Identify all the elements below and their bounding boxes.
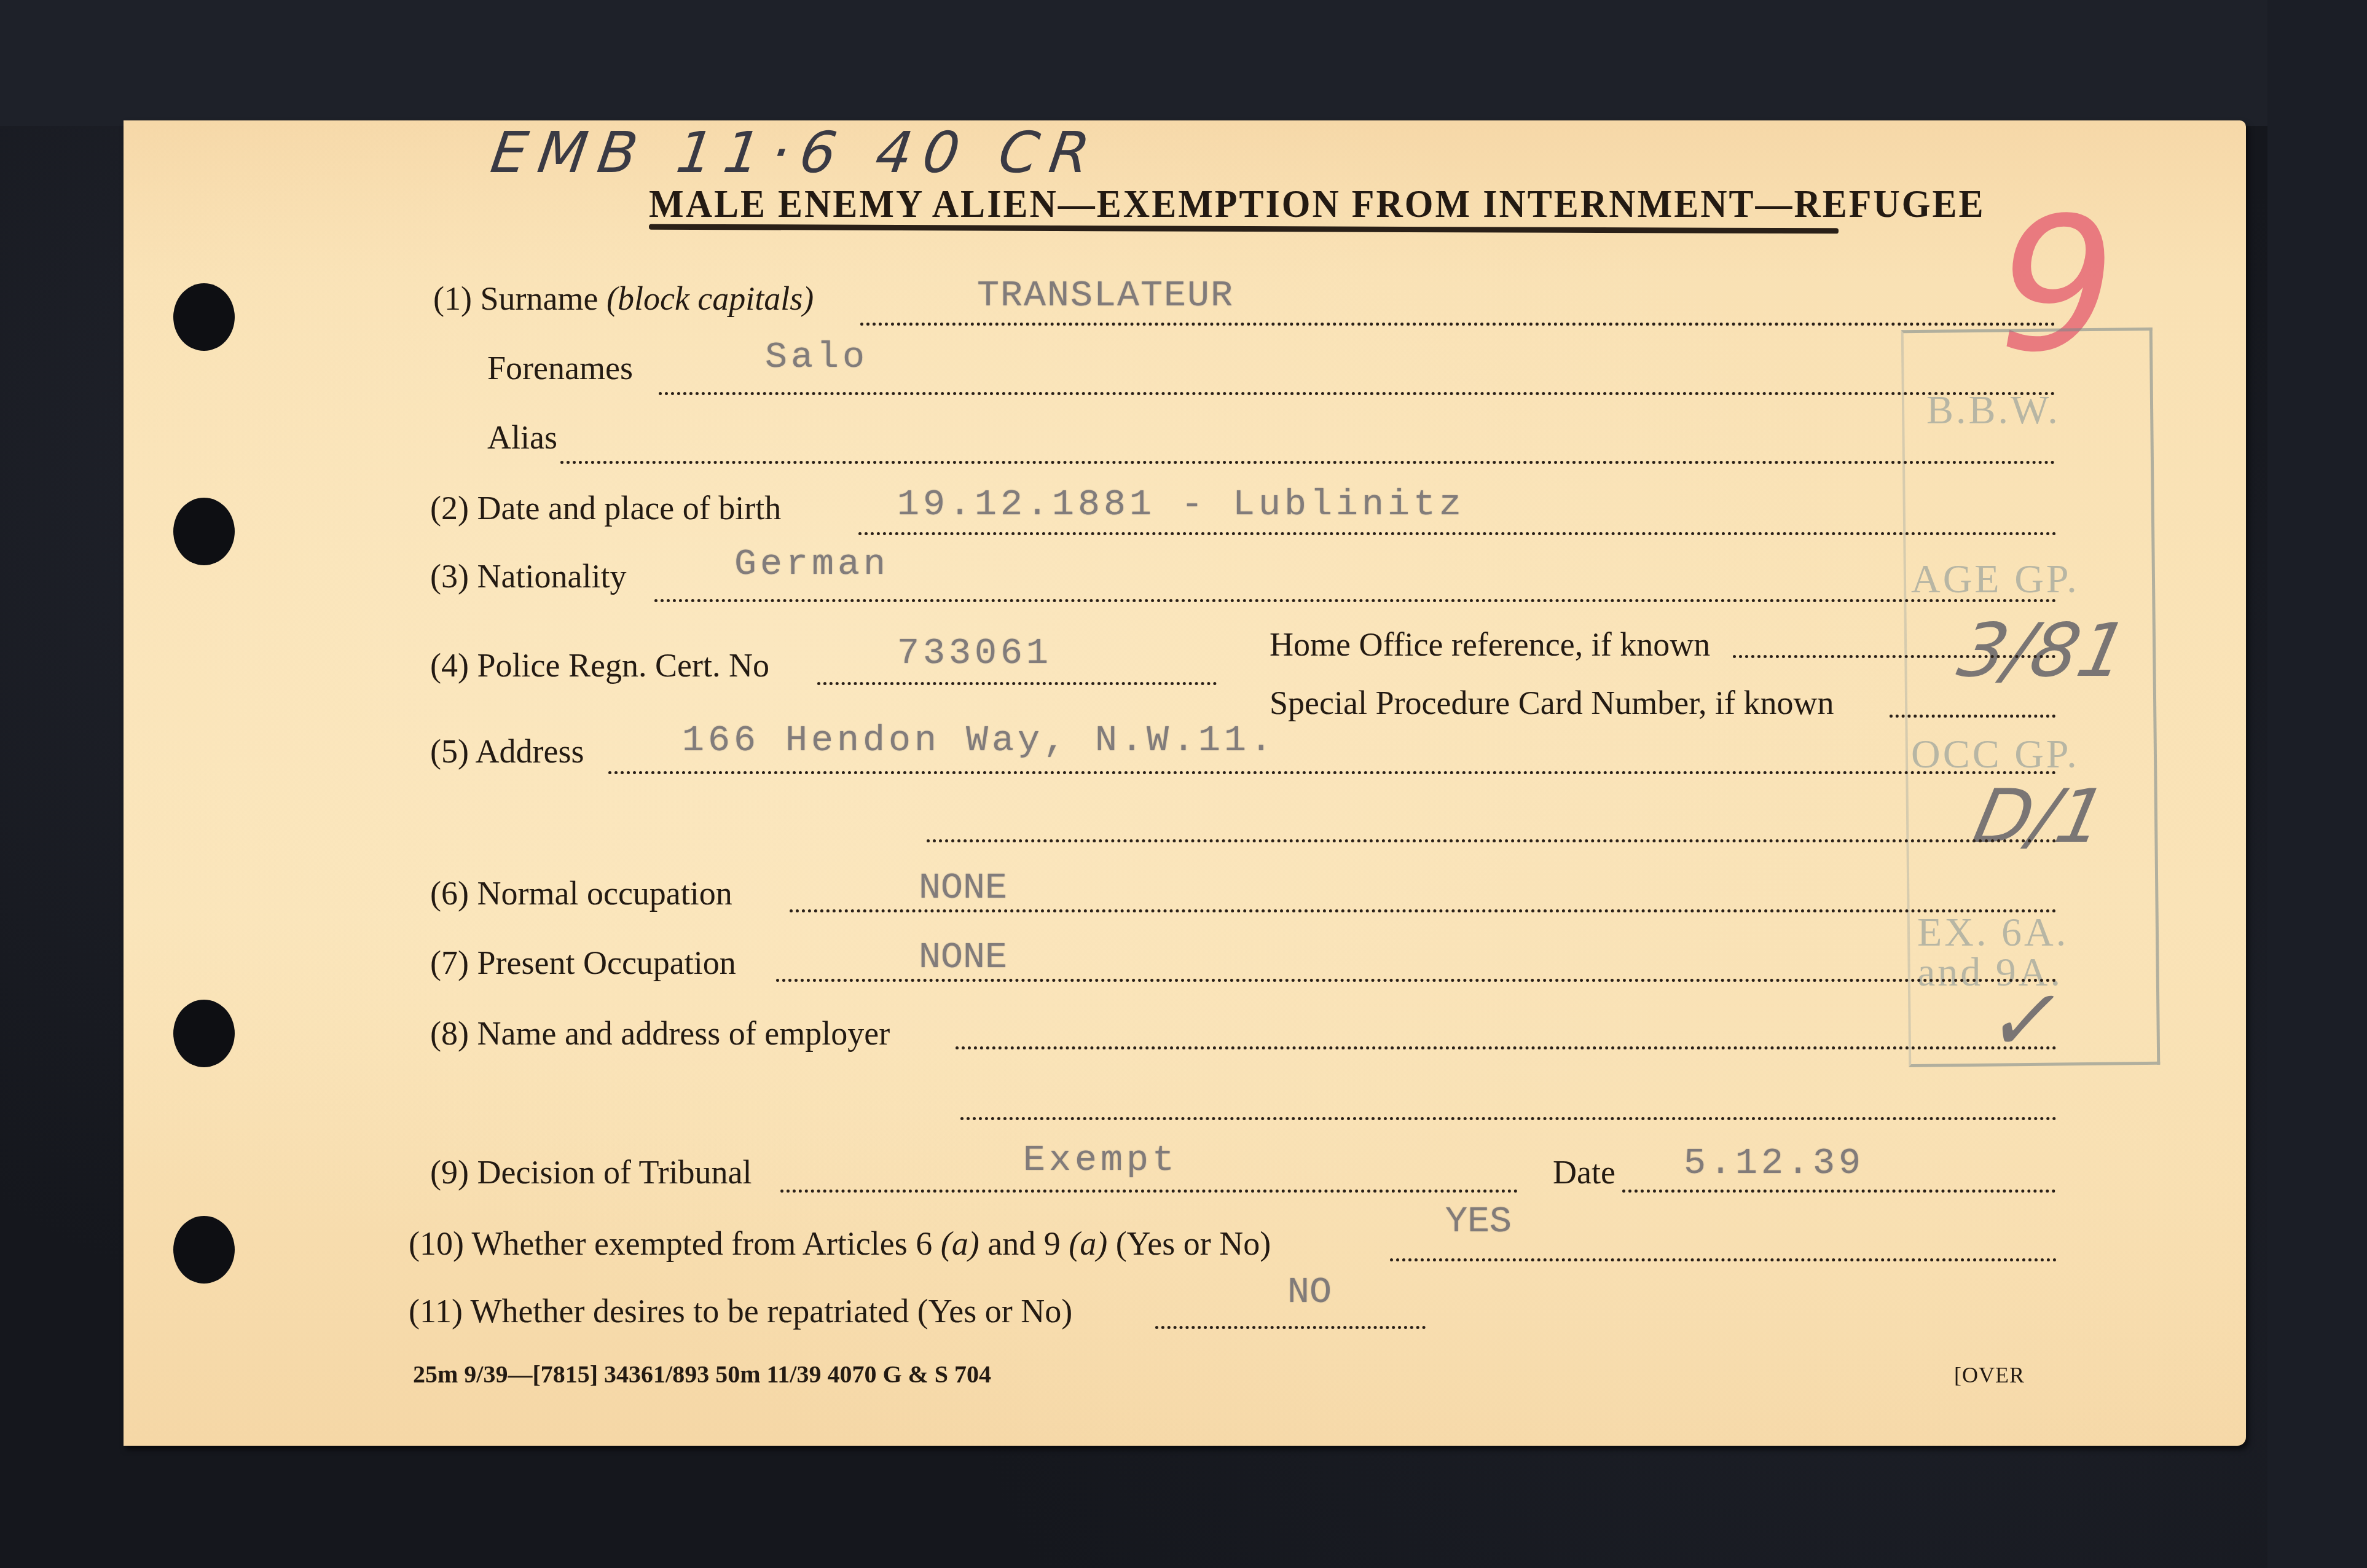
field-label: Name and address of employer (477, 1015, 890, 1052)
employer-label: (8) Name and address of employer (430, 1014, 890, 1053)
normal-occupation-label: (6) Normal occupation (430, 874, 732, 912)
archive-backing-right (2267, 0, 2367, 1568)
tribunal-label: (9) Decision of Tribunal (430, 1153, 752, 1191)
special-card-line (1890, 715, 2055, 718)
field-number: (4) (430, 647, 469, 684)
surname-line (860, 323, 2055, 326)
repatriated-value: NO (1287, 1272, 1332, 1314)
forenames-value: Salo (765, 337, 868, 378)
field-label-italic: (a) (1069, 1225, 1107, 1262)
articles-value: YES (1445, 1201, 1512, 1243)
normal-occupation-line (790, 909, 2057, 912)
field-label: (Yes or No) (1116, 1225, 1271, 1262)
punch-hole (173, 1000, 235, 1067)
nationality-label: (3) Nationality (430, 557, 626, 595)
field-label: Address (476, 733, 584, 770)
tribunal-line (780, 1190, 1518, 1193)
address-value: 166 Hendon Way, N.W.11. (682, 720, 1276, 762)
field-number: (10) (409, 1225, 464, 1262)
police-cert-line (817, 682, 1217, 685)
surname-value: TRANSLATEUR (977, 275, 1234, 317)
forenames-line (659, 392, 2055, 395)
alias-line (560, 461, 2055, 464)
field-label: Police Regn. Cert. No (477, 647, 769, 684)
present-occupation-value: NONE (919, 937, 1007, 979)
nationality-value: German (734, 544, 889, 586)
field-label: and 9 (987, 1225, 1060, 1262)
nationality-line (654, 599, 2057, 602)
handwritten-reference: EMB 11·6 40 CR (487, 120, 1104, 186)
pencil-occupation-group: D/1 (1966, 774, 2113, 860)
field-number: (2) (430, 490, 469, 527)
birth-line (858, 532, 2057, 535)
field-label: Whether desires to be repatriated (Yes o… (471, 1293, 1073, 1330)
field-label-italic: (a) (941, 1225, 979, 1262)
field-number: (9) (430, 1154, 469, 1191)
repatriated-line (1155, 1326, 1426, 1329)
field-label: Surname (480, 280, 598, 317)
police-cert-value: 733061 (897, 633, 1052, 675)
tribunal-date-label: Date (1553, 1153, 1615, 1191)
stamp-age-group: AGE GP. (1911, 556, 2079, 603)
address-line-2 (927, 839, 2057, 842)
present-occupation-label: (7) Present Occupation (430, 944, 736, 982)
home-office-ref-label: Home Office reference, if known (1270, 625, 1710, 664)
field-number: (3) (430, 558, 469, 595)
tribunal-value: Exempt (1023, 1140, 1178, 1182)
field-number: (8) (430, 1015, 469, 1052)
field-number: (5) (430, 733, 469, 770)
articles-label: (10) Whether exempted from Articles 6 (a… (409, 1225, 1271, 1263)
field-label: Present Occupation (477, 944, 736, 981)
field-number: (7) (430, 944, 469, 981)
punch-hole (173, 1216, 235, 1284)
over-marker: [OVER (1954, 1362, 2025, 1388)
repatriated-label: (11) Whether desires to be repatriated (… (409, 1292, 1072, 1330)
field-label: Nationality (477, 558, 626, 595)
forenames-label: Forenames (487, 349, 633, 387)
pencil-age-group: 3/81 (1951, 608, 2135, 694)
present-occupation-line (776, 979, 2057, 982)
tribunal-date-value: 5.12.39 (1684, 1143, 1864, 1185)
field-number: (1) (433, 280, 472, 317)
employer-line-2 (960, 1117, 2057, 1120)
field-number: (6) (430, 875, 469, 912)
field-label: Date and place of birth (477, 490, 781, 527)
address-line (608, 771, 2057, 774)
employer-line (956, 1046, 2057, 1049)
print-code: 25m 9/39—[7815] 34361/893 50m 11/39 4070… (413, 1360, 991, 1389)
alias-label: Alias (487, 418, 557, 457)
field-label: Normal occupation (477, 875, 732, 912)
archive-backing-top (0, 0, 2367, 126)
field-label: Whether exempted from Articles 6 (472, 1225, 933, 1262)
card-title: MALE ENEMY ALIEN—EXEMPTION FROM INTERNME… (649, 182, 1985, 226)
normal-occupation-value: NONE (919, 868, 1007, 909)
field-label-italic: (block capitals) (606, 280, 814, 317)
field-number: (11) (409, 1293, 463, 1330)
articles-line (1390, 1258, 2057, 1261)
birth-label: (2) Date and place of birth (430, 489, 781, 527)
punch-hole (173, 283, 235, 351)
surname-label: (1) Surname (block capitals) (433, 280, 814, 318)
birth-value: 19.12.1881 - Lublinitz (897, 484, 1465, 526)
special-card-label: Special Procedure Card Number, if known (1270, 684, 1834, 722)
police-cert-label: (4) Police Regn. Cert. No (430, 646, 769, 684)
tribunal-date-line (1622, 1190, 2055, 1193)
punch-hole (173, 498, 235, 565)
home-office-ref-line (1733, 655, 2055, 658)
address-label: (5) Address (430, 732, 584, 770)
field-label: Decision of Tribunal (477, 1154, 752, 1191)
